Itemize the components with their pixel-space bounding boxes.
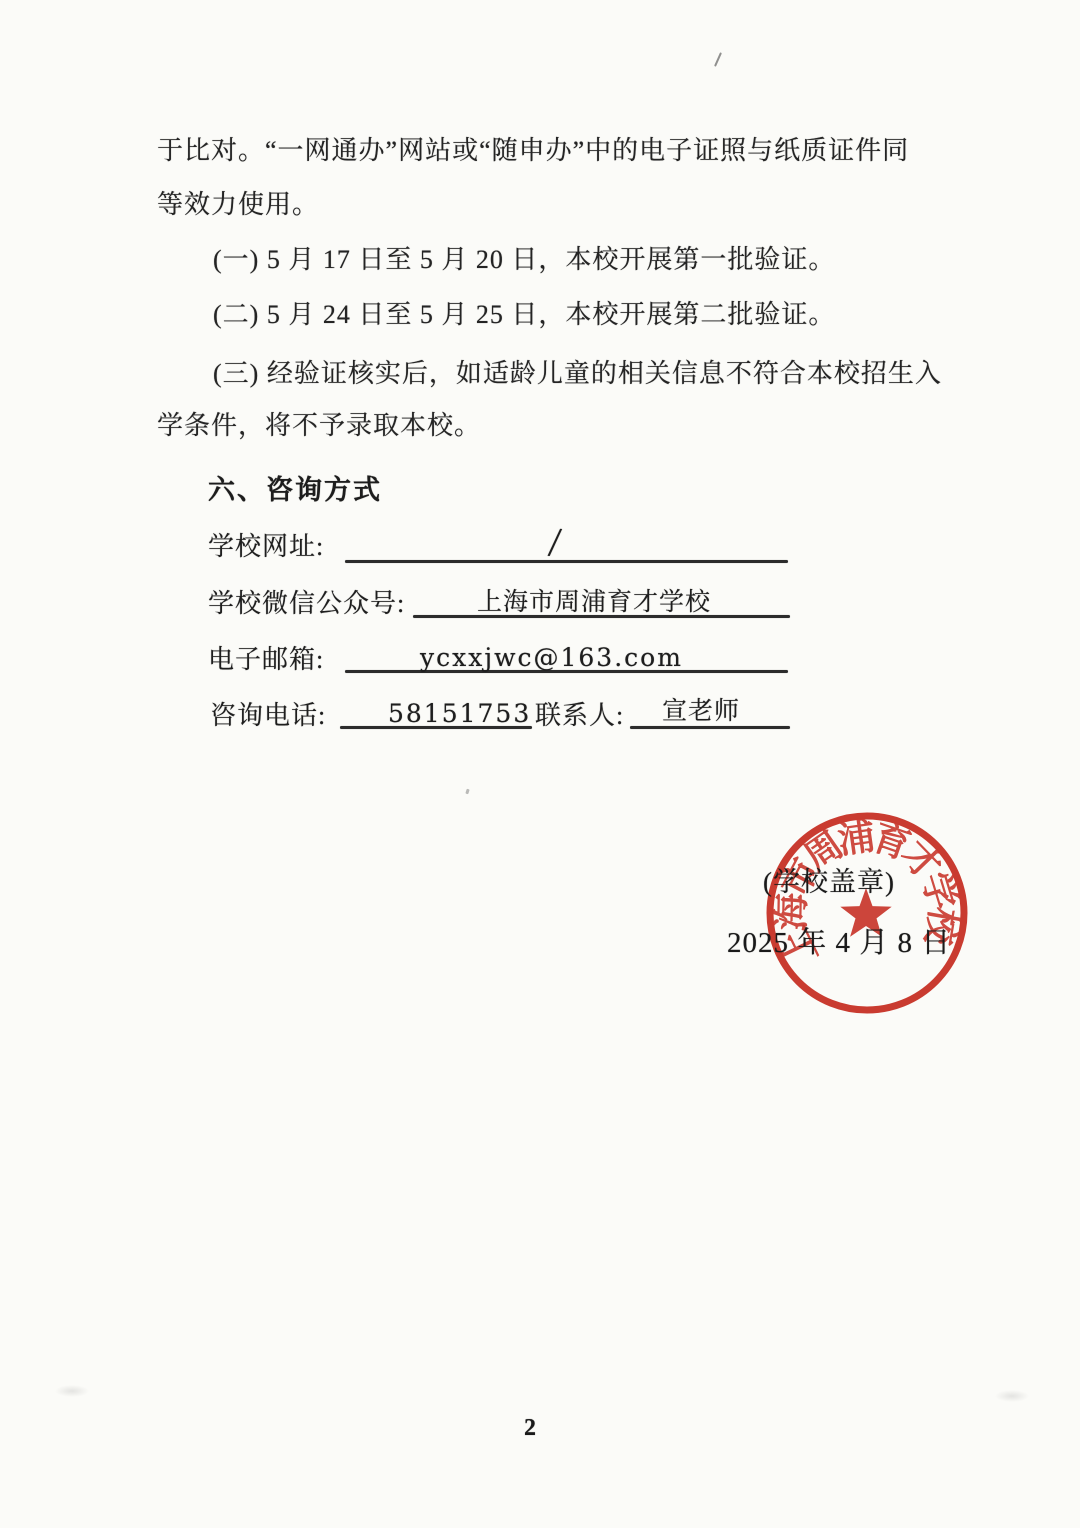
contact-person-fill-in-line bbox=[630, 726, 790, 729]
body-line-item-1: (一) 5 月 17 日至 5 月 20 日，本校开展第一批验证。 bbox=[213, 247, 835, 273]
website-label: 学校网址: bbox=[208, 534, 324, 560]
contact-person-label: 联系人: bbox=[535, 703, 624, 729]
website-value: / bbox=[547, 522, 563, 565]
body-line: 等效力使用。 bbox=[157, 192, 319, 218]
email-value: ycxxjwc@163.com bbox=[420, 645, 683, 670]
wechat-value: 上海市周浦育才学校 bbox=[477, 590, 711, 615]
wechat-label: 学校微信公众号: bbox=[208, 591, 405, 617]
seal-note: (学校盖章) bbox=[763, 869, 895, 896]
body-line: 于比对。“一网通办”网站或“随申办”中的电子证照与纸质证件同 bbox=[157, 138, 909, 164]
website-fill-in-line bbox=[345, 560, 788, 563]
page-number: 2 bbox=[524, 1416, 536, 1440]
phone-value: 58151753 bbox=[388, 701, 531, 726]
signature-date: 2025 年 4 月 8 日 bbox=[727, 929, 951, 958]
scan-artifact bbox=[714, 52, 722, 67]
body-line-item-2: (二) 5 月 24 日至 5 月 25 日，本校开展第二批验证。 bbox=[213, 302, 835, 328]
scan-artifact bbox=[55, 1385, 89, 1397]
body-line: 学条件，将不予录取本校。 bbox=[157, 413, 481, 439]
scan-artifact bbox=[465, 789, 469, 795]
section-heading: 六、咨询方式 bbox=[208, 477, 382, 504]
scan-artifact bbox=[995, 1390, 1029, 1402]
phone-label: 咨询电话: bbox=[210, 703, 326, 729]
body-line-item-3: (三) 经验证核实后，如适龄儿童的相关信息不符合本校招生入 bbox=[213, 361, 942, 387]
school-seal: 上 海 市 周 浦 育 才 学 校 bbox=[747, 793, 987, 1033]
email-label: 电子邮箱: bbox=[208, 647, 324, 673]
scanned-document-page: 于比对。“一网通办”网站或“随申办”中的电子证照与纸质证件同 等效力使用。 (一… bbox=[0, 0, 1080, 1528]
contact-person-value: 宣老师 bbox=[662, 699, 740, 724]
